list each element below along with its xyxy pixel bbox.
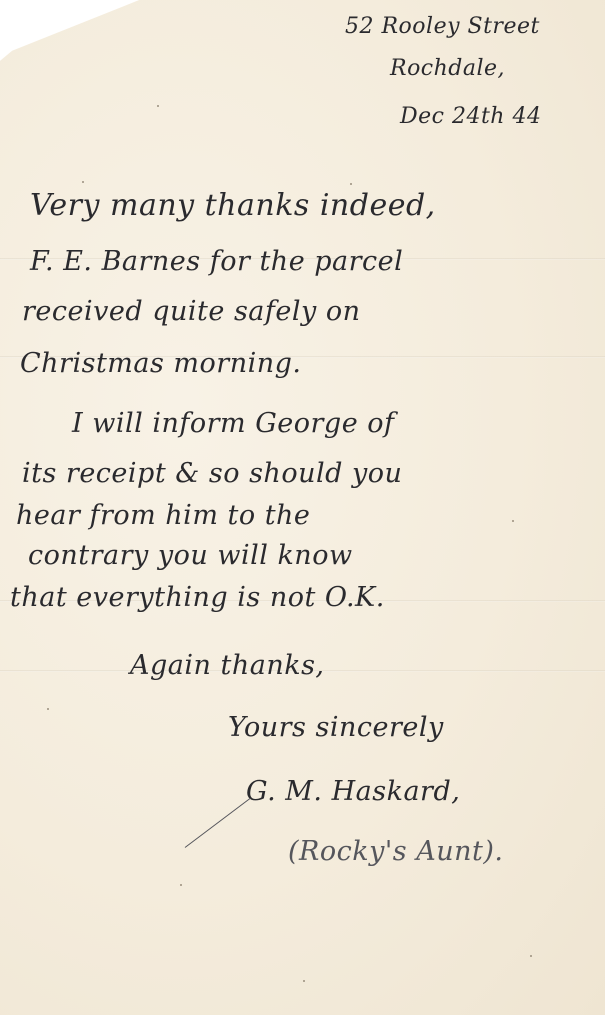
- body-line-2: F. E. Barnes for the parcel: [30, 246, 403, 277]
- paper-speck: [82, 181, 84, 183]
- body-line-3: received quite safely on: [22, 296, 360, 327]
- body-line-5: I will inform George of: [72, 408, 395, 439]
- paper-speck: [180, 884, 182, 886]
- paper-speck: [303, 980, 305, 982]
- closing-valediction: Yours sincerely: [228, 712, 444, 743]
- paper-speck: [47, 708, 49, 710]
- body-line-8: contrary you will know: [28, 540, 353, 571]
- address-street: 52 Rooley Street: [345, 14, 540, 39]
- paper-speck: [350, 183, 352, 185]
- signature-relation: (Rocky's Aunt).: [288, 836, 503, 867]
- body-line-7: hear from him to the: [16, 500, 310, 531]
- body-line-4: Christmas morning.: [20, 348, 301, 379]
- letter-sheet: 52 Rooley Street Rochdale, Dec 24th 44 V…: [0, 0, 605, 1015]
- paper-speck: [512, 520, 514, 522]
- address-town: Rochdale,: [390, 56, 505, 81]
- body-line-9: that everything is not O.K.: [10, 582, 385, 613]
- body-line-6: its receipt & so should you: [22, 458, 402, 489]
- paper-speck: [530, 955, 532, 957]
- pen-stroke: [185, 798, 251, 848]
- signature: G. M. Haskard,: [246, 776, 460, 807]
- letter-date: Dec 24th 44: [400, 104, 541, 129]
- paper-speck: [157, 105, 159, 107]
- body-line-1: Very many thanks indeed,: [30, 188, 436, 223]
- closing-again-thanks: Again thanks,: [130, 650, 325, 681]
